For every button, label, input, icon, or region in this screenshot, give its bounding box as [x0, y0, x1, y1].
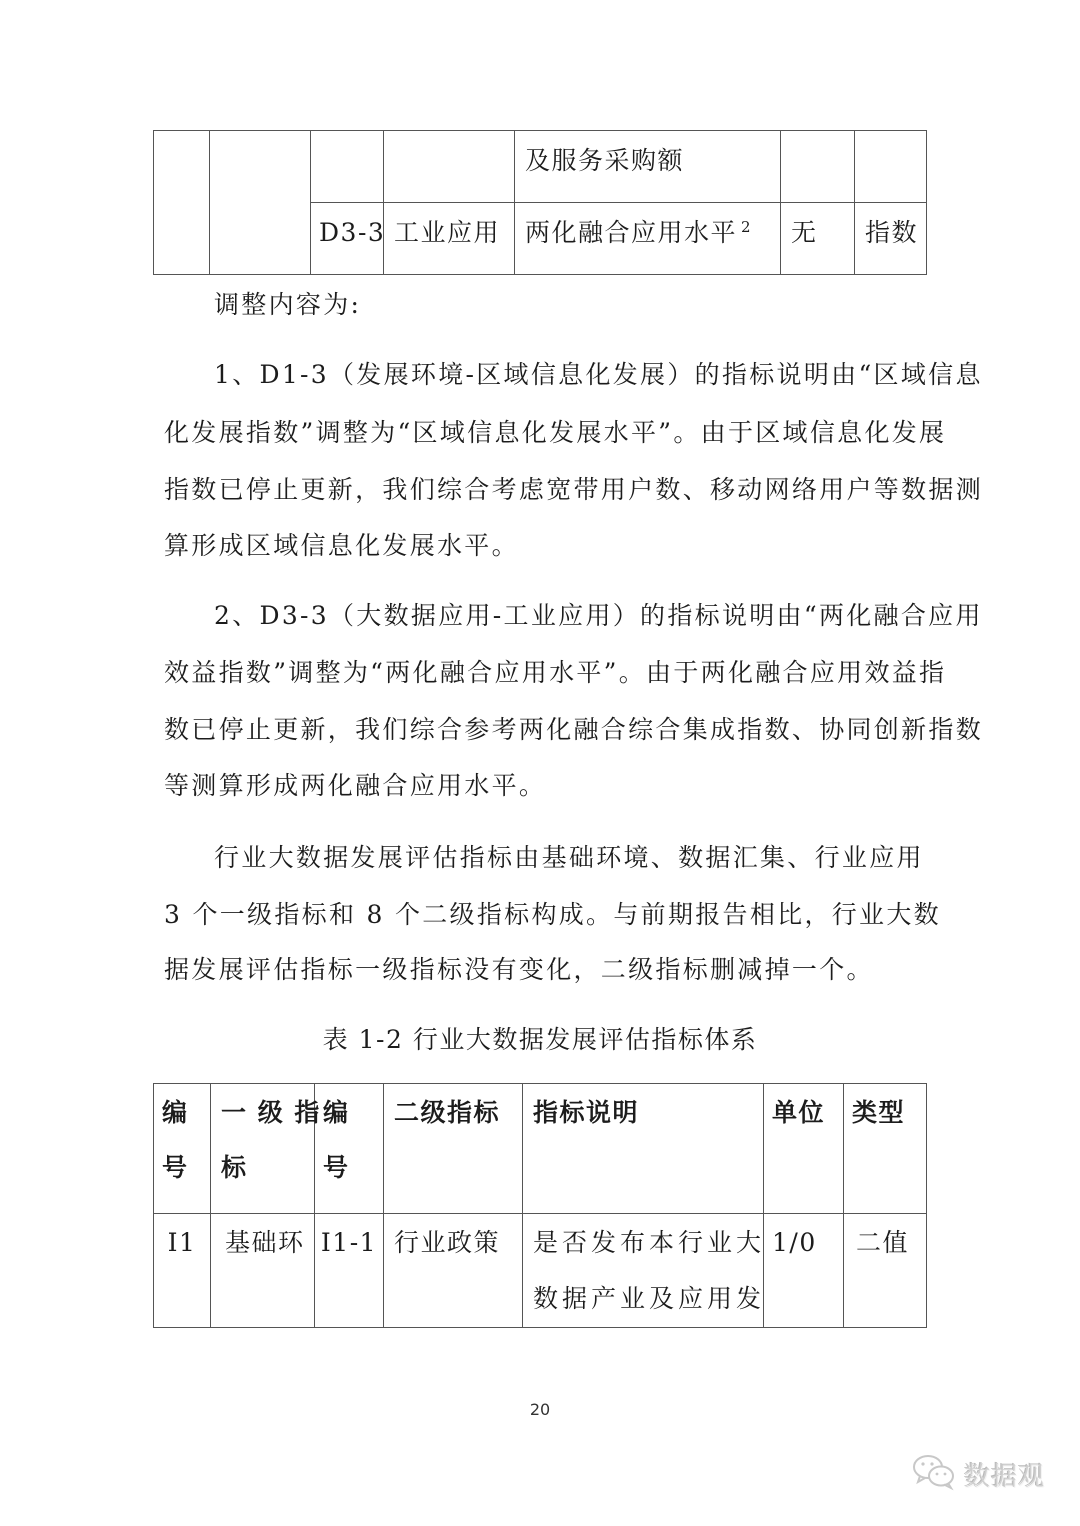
table-row: I1 基础环 I1-1 行业政策 是否发布本行业大 数据产业及应用发 1/0 二…	[154, 1214, 927, 1328]
table-cell	[855, 131, 927, 203]
indicator-description: 及服务采购额	[515, 131, 780, 191]
watermark: 数据观	[912, 1452, 1045, 1496]
table-cell: 工业应用	[384, 203, 515, 275]
indicator-table: 编 号 一 级 指 标 编 号 二级指标 指标说明 单位 类型 I1 基础环 I…	[153, 1083, 927, 1328]
indicator-description: 两化融合应用水平	[525, 218, 737, 247]
header-cell-id1: 编 号	[154, 1084, 211, 1214]
paragraph-line: 1、D1-3（发展环境-区域信息化发展）的指标说明由“区域信息	[214, 360, 974, 390]
indicator-unit: 无	[781, 203, 854, 263]
header-cell-level1: 一 级 指 标	[211, 1084, 315, 1214]
table-cell: 两化融合应用水平2	[515, 203, 781, 275]
table-cell	[210, 131, 311, 275]
paragraph-line: 效益指数”调整为“两化融合应用水平”。由于两化融合应用效益指	[164, 658, 924, 688]
table-caption: 表 1-2 行业大数据发展评估指标体系	[0, 1025, 1080, 1055]
paragraph-line: 2、D3-3（大数据应用-工业应用）的指标说明由“两化融合应用	[214, 601, 974, 631]
table-header-row: 编 号 一 级 指 标 编 号 二级指标 指标说明 单位 类型	[154, 1084, 927, 1214]
table-row: 及服务采购额	[154, 131, 927, 203]
table-cell: 是否发布本行业大 数据产业及应用发	[523, 1214, 764, 1328]
table-cell: 及服务采购额	[515, 131, 781, 203]
paragraph-line: 指数已停止更新，我们综合考虑宽带用户数、移动网络用户等数据测	[164, 475, 924, 505]
paragraph-line: 3 个一级指标和 8 个二级指标构成。与前期报告相比，行业大数	[164, 900, 924, 930]
wechat-icon	[912, 1452, 956, 1496]
paragraph-line: 数已停止更新，我们综合参考两化融合综合集成指数、协同创新指数	[164, 715, 924, 745]
paragraph-line: 算形成区域信息化发展水平。	[164, 531, 924, 561]
table-cell: 指数	[855, 203, 927, 275]
footnote-marker: 2	[741, 218, 752, 236]
indicator-id: D3-3	[311, 203, 383, 263]
header-cell-description: 指标说明	[523, 1084, 764, 1214]
table-cell: I1-1	[315, 1214, 384, 1328]
page-number: 20	[0, 1400, 1080, 1419]
paragraph-line: 化发展指数”调整为“区域信息化发展水平”。由于区域信息化发展	[164, 418, 924, 448]
table-cell: 行业政策	[384, 1214, 523, 1328]
table-cell: 二值	[844, 1214, 927, 1328]
table-cell	[384, 131, 515, 203]
paragraph-line: 据发展评估指标一级指标没有变化，二级指标删减掉一个。	[164, 955, 924, 985]
table-cell: 无	[781, 203, 855, 275]
table-cell	[154, 131, 210, 275]
indicator-type: 指数	[855, 203, 926, 263]
table-cell: 基础环	[211, 1214, 315, 1328]
table-cell: I1	[154, 1214, 211, 1328]
intro-text: 调整内容为:	[214, 290, 974, 320]
paragraph-line: 行业大数据发展评估指标由基础环境、数据汇集、行业应用	[214, 843, 974, 873]
header-cell-unit: 单位	[764, 1084, 844, 1214]
header-cell-level2: 二级指标	[384, 1084, 523, 1214]
indicator-name: 工业应用	[384, 203, 514, 263]
table-cell	[781, 131, 855, 203]
header-cell-id2: 编 号	[315, 1084, 384, 1214]
table-cell: D3-3	[311, 203, 384, 275]
paragraph-line: 等测算形成两化融合应用水平。	[164, 771, 924, 801]
watermark-text: 数据观	[964, 1456, 1045, 1493]
header-cell-type: 类型	[844, 1084, 927, 1214]
table-cell	[311, 131, 384, 203]
table-cell: 1/0	[764, 1214, 844, 1328]
top-table: 及服务采购额 D3-3 工业应用 两化融合应用水平2 无 指数	[153, 130, 927, 275]
